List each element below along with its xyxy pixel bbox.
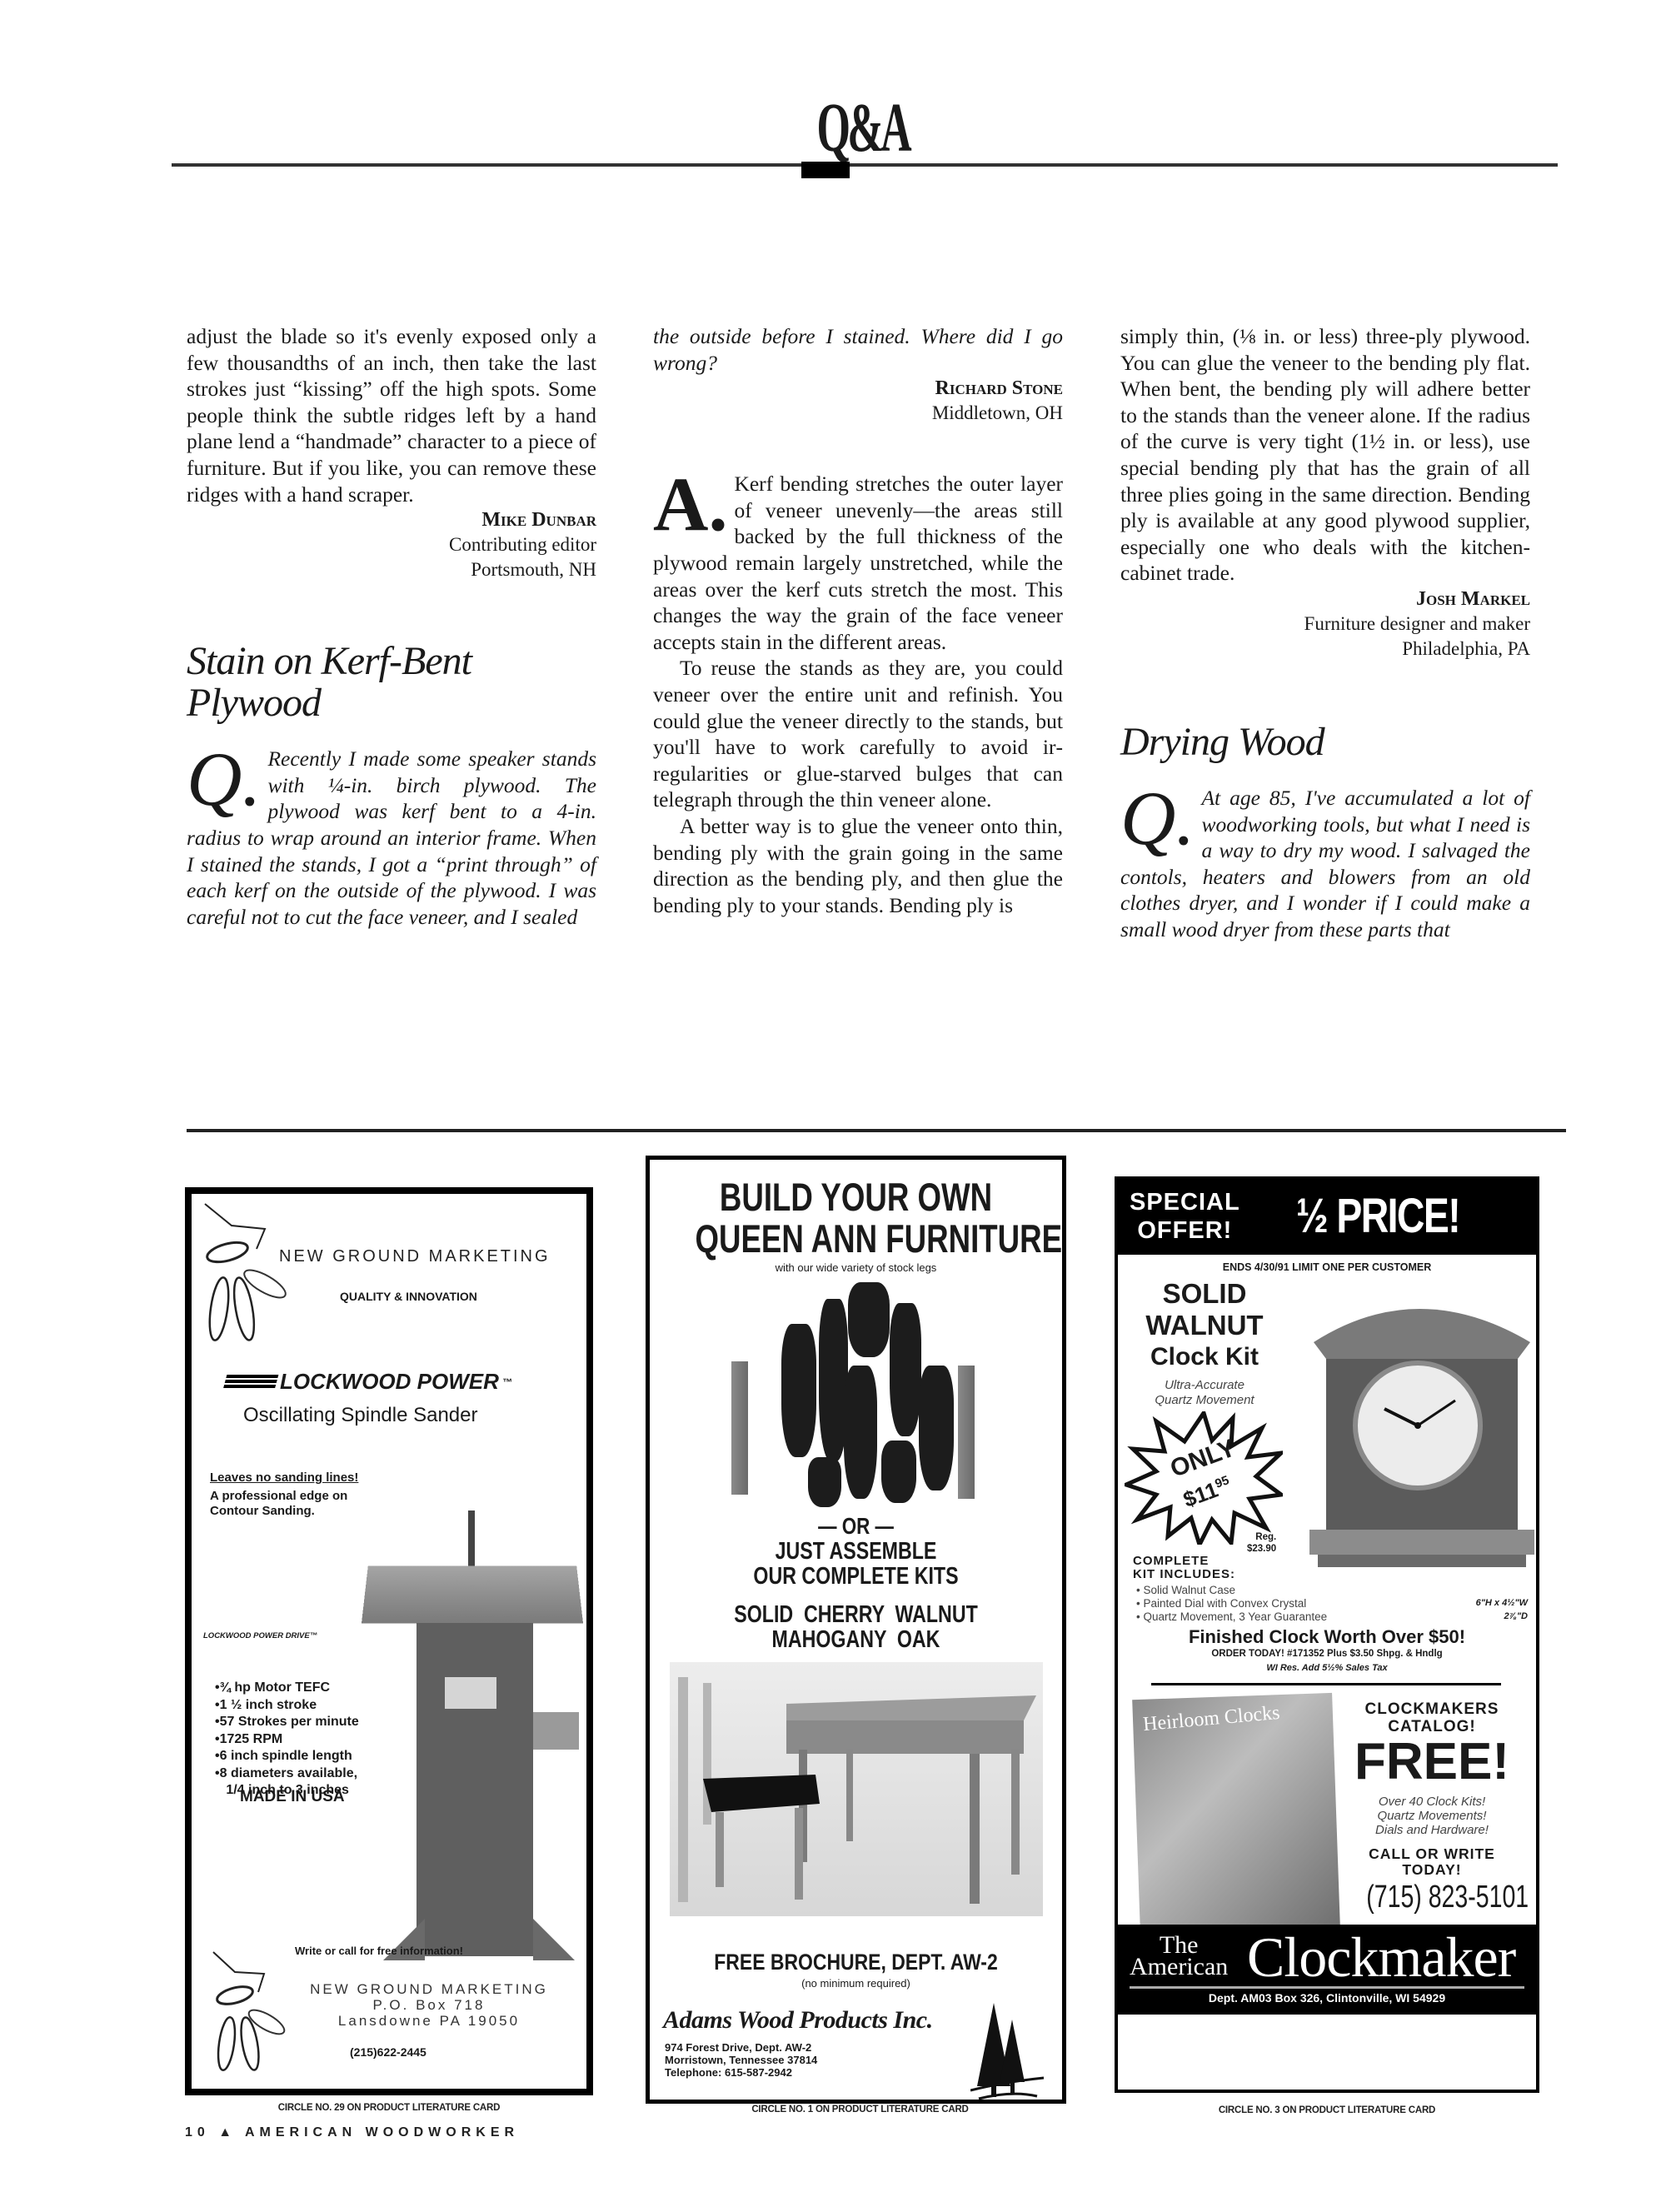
article-column-1: adjust the blade so it's evenly ex­posed… [187,323,596,930]
brand-stripes-icon [223,1375,279,1390]
call-to-action: Write or call for free information! [295,1945,463,1957]
ad-headline-1: BUILD YOUR OWN [695,1176,1016,1218]
tagline: QUALITY & INNOVATION [340,1290,477,1303]
sander-tray [533,1712,579,1750]
literature-card-note: CIRCLE NO. 3 ON PRODUCT LITERATURE CARD [1115,2105,1539,2115]
brand-prefix: The American [1130,1935,1228,1978]
answer-paragraph-1: A. Kerf bending stretches the outer laye… [653,471,1063,655]
company-name: NEW GROUND MARKETING [279,1247,551,1266]
brand-name: Clockmaker [1247,1928,1515,1986]
product-title: SOLID WALNUT Clock Kit [1138,1278,1271,1373]
company-address: Dept. AM03 Box 326, Clintonville, WI 549… [1118,1991,1536,2005]
drive-label: LOCKWOOD POWER DRIVE™ [203,1631,317,1640]
author-location: Portsmouth, NH [187,557,596,582]
literature-card-note: CIRCLE NO. 29 ON PRODUCT LITERATURE CARD [185,2103,593,2113]
literature-card-note: CIRCLE NO. 1 ON PRODUCT LITERATURE CARD [646,2105,1075,2115]
author-title: Contributing editor [187,532,596,557]
ad-divider [1151,1683,1501,1685]
ad-subhead: A professional edge on Contour Sanding. [210,1489,418,1519]
product-name: Oscillating Spindle Sander [243,1404,478,1427]
page-number: 10 [185,2125,210,2140]
order-info: ORDER TODAY! #171352 Plus $3.50 Shpg. & … [1118,1649,1536,1659]
author-name: Josh Markel [1120,587,1530,612]
tax-note: WI Res. Add 5½% Sales Tax [1118,1663,1536,1673]
no-minimum-note: (no minimum required) [650,1977,1062,1990]
brochure-offer: FREE BROCHURE, DEPT. AW-2 [681,1950,1031,1975]
brand-rule [1130,1986,1524,1989]
ad-new-ground-marketing[interactable]: NEW GROUND MARKETING QUALITY & INNOVATIO… [185,1187,593,2095]
ad-headline-2: QUEEN ANN FURNITURE [695,1218,1016,1260]
answer-paragraph-3: A better way is to glue the veneer onto … [653,813,1063,918]
sander-foot [533,1919,575,1960]
clock-dimensions: 6"H x 4½"W 2⅞"D [1476,1596,1528,1623]
sander-table [362,1566,583,1624]
ad-headline: Leaves no sanding lines! [210,1471,358,1485]
offer-banner: SPECIAL OFFER! ½ PRICE! [1118,1180,1536,1255]
catalog-features: Over 40 Clock Kits! Quartz Movements! Di… [1344,1795,1519,1837]
section-title: Q&A [817,93,895,163]
asker-location: Middletown, OH [653,401,1063,426]
phone-number: (215)622-2445 [350,2045,426,2059]
or-divider: — OR — [691,1514,1021,1539]
company-name: Adams Wood Products Inc. [663,2006,933,2035]
continued-answer-text: adjust the blade so it's evenly ex­posed… [187,323,596,507]
mantel-clock-image [1301,1284,1534,1575]
article-column-2: the outside before I stained. Where did … [653,323,1063,918]
section-heading-drying: Drying Wood [1120,722,1530,763]
phone-number: (715) 823-5101 [1366,1880,1498,1915]
special-offer: SPECIAL OFFER! [1130,1188,1240,1245]
asker-name: Richard Stone [653,376,1063,401]
free-label: FREE! [1344,1736,1519,1788]
page-folio: 10 ▲ AMERICAN WOODWORKER [185,2125,519,2140]
half-price: ½ PRICE! [1296,1183,1459,1250]
ad-subhead: with our wide variety of stock legs [650,1261,1062,1274]
ad-american-clockmaker[interactable]: SPECIAL OFFER! ½ PRICE! ENDS 4/30/91 LIM… [1115,1176,1539,2093]
company-address: 974 Forest Drive, Dept. AW-2 Morristown,… [665,2041,817,2079]
question-dropcap: Q. [1120,786,1195,850]
header-tab-marker [801,162,850,178]
starburst-icon [1125,1411,1283,1545]
answer-signature: Josh Markel Furniture designer and maker… [1120,587,1530,662]
publication-name: AMERICAN WOODWORKER [245,2125,519,2140]
kit-includes-title: COMPLETE KIT INCLUDES: [1133,1555,1235,1581]
sander-label [445,1677,496,1709]
made-in-label: MADE IN USA [240,1788,345,1806]
question-text: Q. Recently I made some speaker stands w… [187,746,596,930]
author-location: Philadelphia, PA [1120,637,1530,662]
header-rule [172,163,1558,167]
value-claim: Finished Clock Worth Over $50! [1118,1626,1536,1648]
question-text: Q. At age 85, I've accumulated a lot of … [1120,785,1530,943]
content-divider [187,1129,1566,1132]
offer-terms: ENDS 4/30/91 LIMIT ONE PER CUSTOMER [1118,1261,1536,1273]
sander-cabinet [416,1623,533,1956]
wood-types: SOLID CHERRY WALNUT [691,1602,1021,1627]
answer-paragraph-2: To reuse the stands as they are, you cou… [653,655,1063,813]
question-dropcap: Q. [187,747,261,811]
brand-name: LOCKWOOD POWER ™ [225,1369,512,1395]
section-heading-stain: Stain on Kerf-Bent Plywood [187,641,486,724]
answer-signature: Mike Dunbar Contributing editor Portsmou… [187,507,596,582]
brand-footer: The American Clockmaker Dept. AM03 Box 3… [1118,1925,1536,2015]
catalog-heading: CLOCKMAKERS CATALOG! [1344,1700,1519,1735]
pine-tree-icon [970,2003,1045,2103]
triangle-icon: ▲ [218,2125,237,2140]
article-column-3: simply thin, (⅛ in. or less) three-ply p… [1120,323,1530,943]
question-text-end: the outside before I stained. Where did … [653,323,1063,376]
regular-price: Reg. $23.90 [1247,1531,1276,1555]
call-to-action: CALL OR WRITE TODAY! [1344,1846,1519,1878]
spec-list: •¾ hp Motor TEFC •1 ½ inch stroke •57 St… [215,1680,359,1800]
author-title: Furniture designer and maker [1120,612,1530,637]
answer-dropcap: A. [653,472,727,536]
leaf-logo-icon [210,1950,289,2080]
kit-includes-list: • Solid Walnut Case • Painted Dial with … [1136,1584,1327,1624]
movement-note: Ultra-Accurate Quartz Movement [1138,1378,1271,1408]
answer-text-end: simply thin, (⅛ in. or less) three-ply p… [1120,323,1530,587]
question-signature: Richard Stone Middletown, OH [653,376,1063,426]
ad-adams-wood-products[interactable]: BUILD YOUR OWN QUEEN ANN FURNITURE with … [646,1156,1066,2104]
leaf-logo-icon [198,1201,290,1351]
furniture-legs-image [731,1282,981,1507]
company-address: NEW GROUND MARKETING P.O. Box 718 Lansdo… [283,1981,575,2029]
desk-chair-photo [670,1662,1043,1916]
author-name: Mike Dunbar [187,507,596,532]
